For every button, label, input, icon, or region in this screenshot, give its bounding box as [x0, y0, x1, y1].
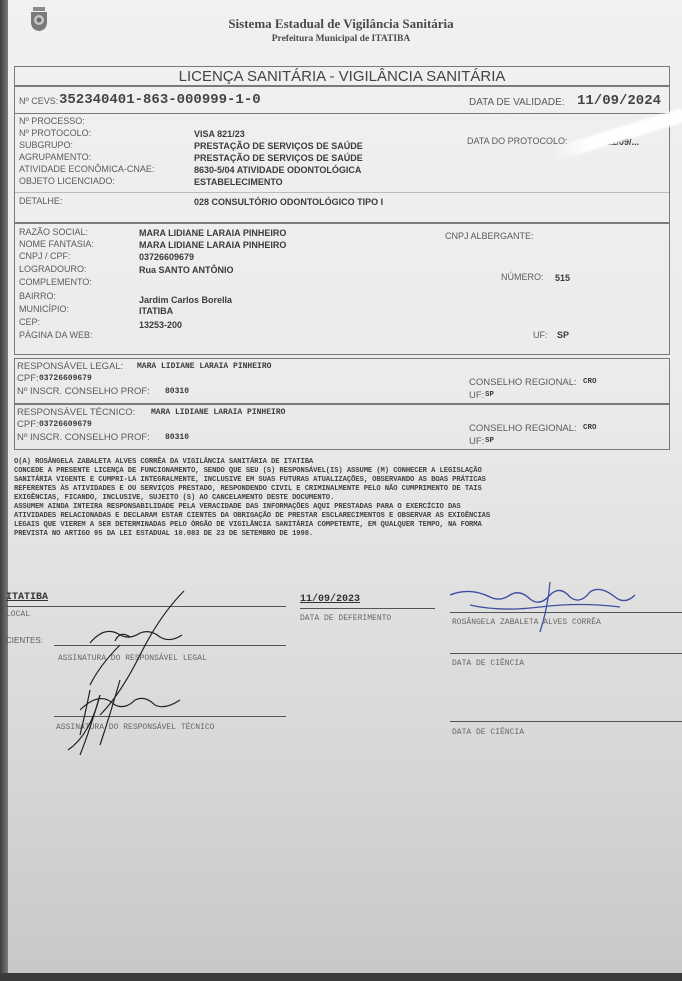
ciencia-label-2: DATA DE CIÊNCIA: [452, 728, 524, 737]
cnae-label: ATIVIDADE ECONÔMICA-CNAE:: [19, 164, 154, 174]
tech-resp-label: RESPONSÁVEL TÉCNICO:: [17, 407, 135, 418]
tech-inscr-label: Nº INSCR. CONSELHO PROF:: [17, 432, 150, 443]
legal-conselho-value: CRO: [583, 378, 597, 386]
tech-signature-handwriting: [60, 660, 200, 760]
legal-inscr-value: 80310: [165, 387, 189, 396]
legal-cpf-label: CPF:: [17, 373, 39, 384]
activity-info-section: Nº PROCESSO: Nº PROTOCOLO: VISA 821/23 S…: [14, 113, 670, 223]
detalhe-value: 028 CONSULTÓRIO ODONTOLÓGICO TIPO I: [194, 197, 383, 207]
tech-uf-label: UF:: [469, 436, 484, 447]
tech-inscr-value: 80310: [165, 433, 189, 442]
municipio-value: ITATIBA: [139, 306, 173, 316]
municipality-title: Prefeitura Municipal de ITATIBA: [0, 34, 682, 44]
numero-label: NÚMERO:: [501, 272, 544, 282]
divider: [15, 192, 669, 193]
legal-cpf-value: 03726609679: [39, 374, 92, 383]
deferimento-line: [300, 608, 435, 609]
legal-line: ATIVIDADES RELACIONADAS E DECLARAM ESTAR…: [14, 512, 674, 521]
objeto-value: ESTABELECIMENTO: [194, 177, 283, 187]
subgrupo-value: PRESTAÇÃO DE SERVIÇOS DE SAÚDE: [194, 141, 363, 151]
bairro-value: Jardim Carlos Borella: [139, 295, 232, 305]
legal-line: EXIGÊNCIAS, FICANDO, INCLUSIVE, SUJEITO …: [14, 494, 674, 503]
albergante-label: CNPJ ALBERGANTE:: [445, 231, 534, 241]
uf-label: UF:: [533, 330, 548, 340]
cevs-label: Nº CEVS:: [19, 96, 58, 106]
complemento-label: COMPLEMENTO:: [19, 277, 92, 287]
legal-line: PREVISTA NO ARTIGO 95 DA LEI ESTADUAL 10…: [14, 530, 674, 539]
ciencia-line-2: [450, 721, 682, 722]
logradouro-label: LOGRADOURO:: [19, 264, 87, 274]
cep-label: CEP:: [19, 317, 40, 327]
protocolo-label: Nº PROTOCOLO:: [19, 128, 91, 138]
cevs-value: 352340401-863-000999-1-0: [59, 92, 261, 108]
bairro-label: BAIRRO:: [19, 291, 56, 301]
tech-resp-name: MARA LIDIANE LARAIA PINHEIRO: [151, 408, 285, 417]
cientes-label: CIENTES:: [6, 636, 43, 645]
local-value: ITATIBA: [6, 592, 48, 603]
legal-conselho-label: CONSELHO REGIONAL:: [469, 377, 577, 388]
fantasia-label: NOME FANTASIA:: [19, 239, 94, 249]
uf-value: SP: [557, 330, 569, 340]
establishment-section: RAZÃO SOCIAL: MARA LIDIANE LARAIA PINHEI…: [14, 223, 670, 355]
web-label: PÁGINA DA WEB:: [19, 330, 93, 340]
legal-line: REFERENTES ÀS ATIVIDADES E OU SERVIÇOS P…: [14, 485, 674, 494]
razao-value: MARA LIDIANE LARAIA PINHEIRO: [139, 228, 286, 238]
deferimento-value: 11/09/2023: [300, 594, 360, 605]
tech-uf-value: SP: [485, 437, 494, 445]
legal-line: ASSUMEM AINDA INTEIRA RESPONSABILIDADE P…: [14, 503, 674, 512]
agrupamento-value: PRESTAÇÃO DE SERVIÇOS DE SAÚDE: [194, 153, 363, 163]
legal-declaration-text: O(A) ROSÂNGELA ZABALETA ALVES CORRÊA DA …: [14, 458, 674, 539]
subgrupo-label: SUBGRUPO:: [19, 140, 73, 150]
photo-frame-bottom: [0, 973, 682, 981]
license-title: LICENÇA SANITÁRIA - VIGILÂNCIA SANITÁRIA: [14, 66, 670, 86]
tech-cpf-label: CPF:: [17, 419, 39, 430]
cnae-value: 8630-5/04 ATIVIDADE ODONTOLÓGICA: [194, 165, 361, 175]
logradouro-value: Rua SANTO ANTÔNIO: [139, 265, 234, 275]
cevs-row: Nº CEVS: 352340401-863-000999-1-0 DATA D…: [14, 86, 670, 114]
agrupamento-label: AGRUPAMENTO:: [19, 152, 91, 162]
legal-resp-name: MARA LIDIANE LARAIA PINHEIRO: [137, 362, 271, 371]
local-label: LOCAL: [6, 610, 30, 619]
protocolo-value: VISA 821/23: [194, 129, 245, 139]
fantasia-value: MARA LIDIANE LARAIA PINHEIRO: [139, 240, 286, 250]
legal-inscr-label: Nº INSCR. CONSELHO PROF:: [17, 386, 150, 397]
legal-uf-value: SP: [485, 391, 494, 399]
authority-signature-handwriting: [440, 577, 660, 637]
validity-label: DATA DE VALIDADE:: [469, 97, 565, 108]
objeto-label: OBJETO LICENCIADO:: [19, 176, 115, 186]
deferimento-label: DATA DE DEFERIMENTO: [300, 614, 391, 623]
legal-line: CONCEDE A PRESENTE LICENÇA DE FUNCIONAME…: [14, 467, 674, 476]
tech-conselho-value: CRO: [583, 424, 597, 432]
cep-value: 13253-200: [139, 320, 182, 330]
technical-responsible-section: RESPONSÁVEL TÉCNICO: MARA LIDIANE LARAIA…: [14, 404, 670, 450]
ciencia-label-1: DATA DE CIÊNCIA: [452, 659, 524, 668]
razao-label: RAZÃO SOCIAL:: [19, 227, 88, 237]
legal-uf-label: UF:: [469, 390, 484, 401]
processo-label: Nº PROCESSO:: [19, 116, 85, 126]
cnpj-value: 03726609679: [139, 252, 194, 262]
legal-line: SANITÁRIA VIGENTE E CUMPRI-LA INTEGRALME…: [14, 476, 674, 485]
validity-value: 11/09/2024: [577, 93, 661, 109]
tech-conselho-label: CONSELHO REGIONAL:: [469, 423, 577, 434]
detalhe-label: DETALHE:: [19, 196, 62, 206]
system-title: Sistema Estadual de Vigilância Sanitária: [0, 16, 682, 32]
cnpj-label: CNPJ / CPF:: [19, 251, 71, 261]
municipio-label: MUNICÍPIO:: [19, 304, 69, 314]
ciencia-line-1: [450, 653, 682, 654]
legal-line: O(A) ROSÂNGELA ZABALETA ALVES CORRÊA DA …: [14, 458, 674, 467]
legal-resp-label: RESPONSÁVEL LEGAL:: [17, 361, 123, 372]
tech-cpf-value: 03726609679: [39, 420, 92, 429]
legal-responsible-section: RESPONSÁVEL LEGAL: MARA LIDIANE LARAIA P…: [14, 358, 670, 404]
numero-value: 515: [555, 273, 570, 283]
legal-line: LEGAIS QUE VIEREM A SER DETERMINADAS PEL…: [14, 521, 674, 530]
data-protocolo-label: DATA DO PROTOCOLO:: [467, 136, 568, 146]
